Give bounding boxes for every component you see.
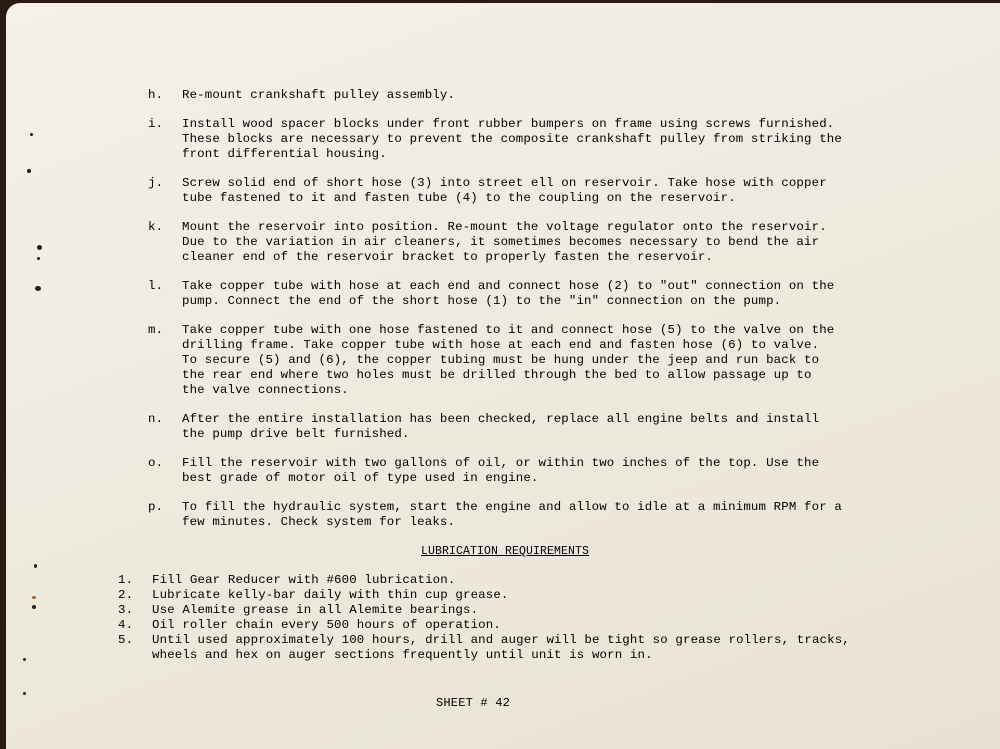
lubrication-number: 3. (118, 603, 152, 618)
step-item: i.Install wood spacer blocks under front… (148, 117, 848, 162)
step-text: Mount the reservoir into position. Re-mo… (182, 220, 848, 265)
sheet-number: SHEET # 42 (436, 696, 510, 710)
step-item: o.Fill the reservoir with two gallons of… (148, 456, 848, 486)
step-label: k. (148, 220, 182, 265)
lubrication-number: 1. (118, 573, 152, 588)
step-label: n. (148, 412, 182, 442)
step-label: l. (148, 279, 182, 309)
lubrication-text: Fill Gear Reducer with #600 lubrication. (152, 573, 858, 588)
step-label: j. (148, 176, 182, 206)
speck (32, 605, 36, 609)
speck (37, 257, 40, 260)
lubrication-number: 4. (118, 618, 152, 633)
step-item: l.Take copper tube with hose at each end… (148, 279, 848, 309)
step-label: h. (148, 88, 182, 103)
step-item: h.Re-mount crankshaft pulley assembly. (148, 88, 848, 103)
lubrication-item: 3.Use Alemite grease in all Alemite bear… (118, 603, 858, 618)
speck (34, 564, 37, 568)
speck (27, 169, 31, 173)
step-text: Re-mount crankshaft pulley assembly. (182, 88, 848, 103)
lubrication-item: 1.Fill Gear Reducer with #600 lubricatio… (118, 573, 858, 588)
step-text: To fill the hydraulic system, start the … (182, 500, 848, 530)
lubrication-text: Until used approximately 100 hours, dril… (152, 633, 858, 663)
lubrication-text: Use Alemite grease in all Alemite bearin… (152, 603, 858, 618)
step-item: p.To fill the hydraulic system, start th… (148, 500, 848, 530)
lubrication-list: 1.Fill Gear Reducer with #600 lubricatio… (118, 573, 858, 663)
speck (35, 286, 41, 291)
step-label: m. (148, 323, 182, 398)
step-text: After the entire installation has been c… (182, 412, 848, 442)
step-label: i. (148, 117, 182, 162)
step-text: Take copper tube with one hose fastened … (182, 323, 848, 398)
step-item: m.Take copper tube with one hose fastene… (148, 323, 848, 398)
speck (23, 658, 26, 661)
lubrication-heading: LUBRICATION REQUIREMENTS (0, 545, 1000, 558)
speck (30, 133, 33, 136)
lubrication-item: 5.Until used approximately 100 hours, dr… (118, 633, 858, 663)
step-item: n.After the entire installation has been… (148, 412, 848, 442)
step-item: j.Screw solid end of short hose (3) into… (148, 176, 848, 206)
step-text: Fill the reservoir with two gallons of o… (182, 456, 848, 486)
step-label: p. (148, 500, 182, 530)
step-item: k.Mount the reservoir into position. Re-… (148, 220, 848, 265)
step-label: o. (148, 456, 182, 486)
lubrication-item: 2.Lubricate kelly-bar daily with thin cu… (118, 588, 858, 603)
lubrication-number: 2. (118, 588, 152, 603)
step-text: Screw solid end of short hose (3) into s… (182, 176, 848, 206)
speck (32, 596, 36, 599)
step-text: Install wood spacer blocks under front r… (182, 117, 848, 162)
speck (23, 692, 26, 695)
lubrication-text: Lubricate kelly-bar daily with thin cup … (152, 588, 858, 603)
step-text: Take copper tube with hose at each end a… (182, 279, 848, 309)
speck (37, 245, 42, 250)
lubrication-item: 4.Oil roller chain every 500 hours of op… (118, 618, 858, 633)
installation-steps: h.Re-mount crankshaft pulley assembly.i.… (148, 88, 848, 544)
lubrication-number: 5. (118, 633, 152, 663)
lubrication-text: Oil roller chain every 500 hours of oper… (152, 618, 858, 633)
